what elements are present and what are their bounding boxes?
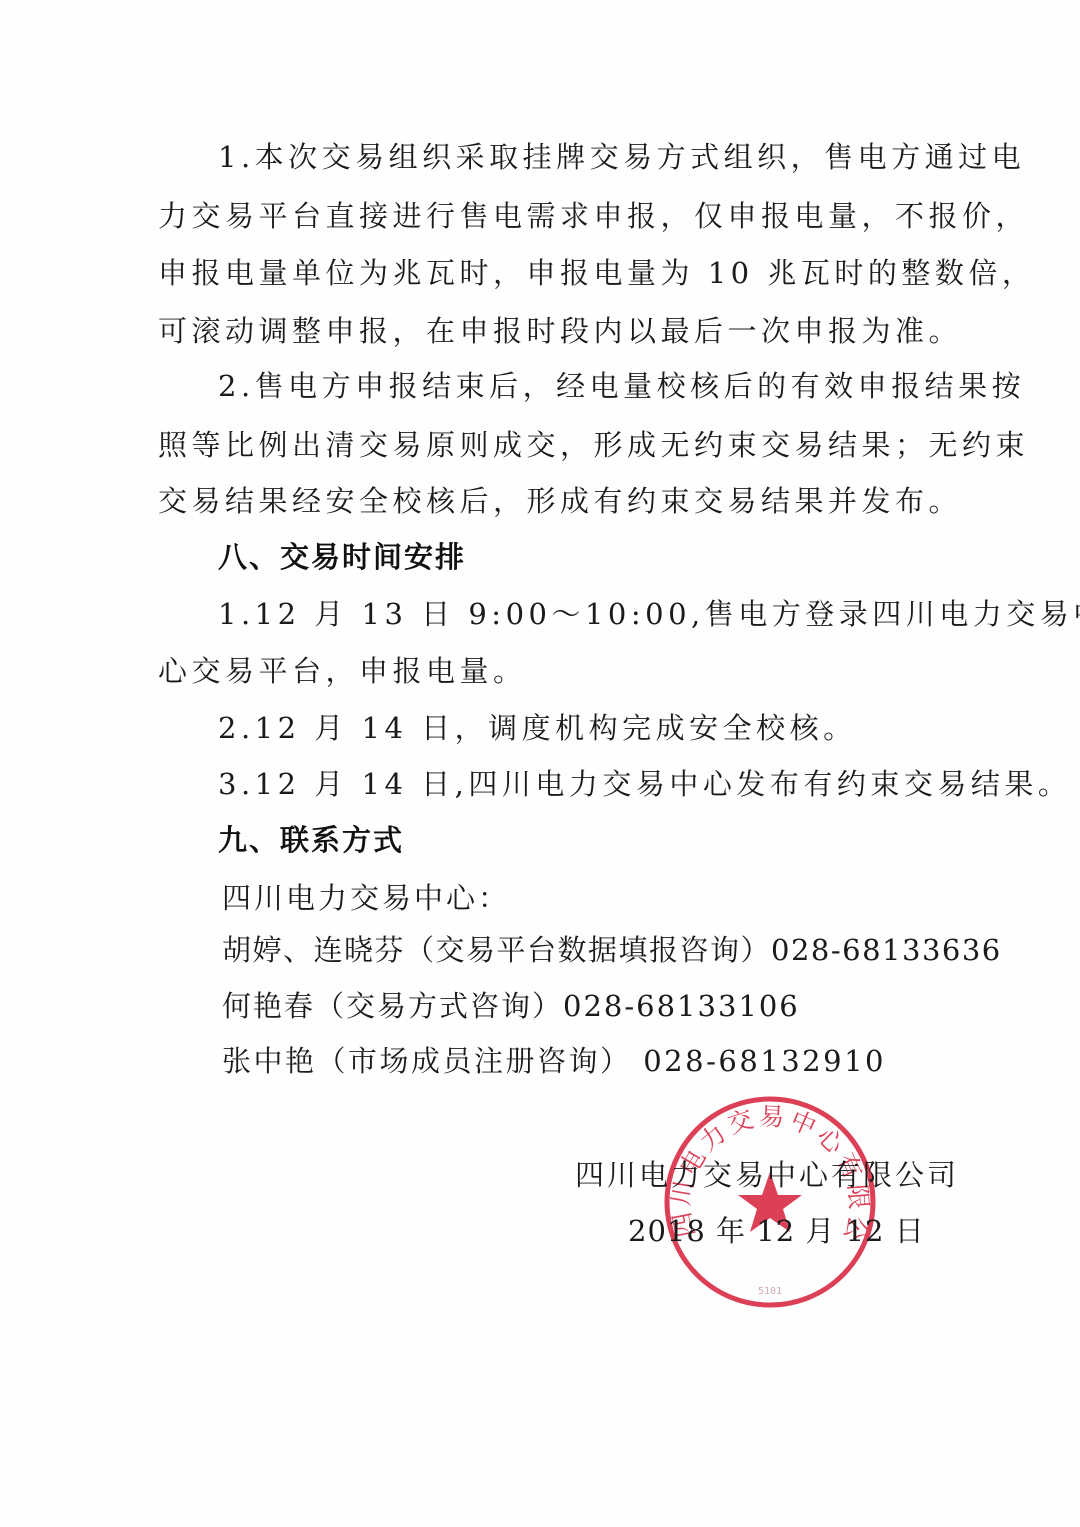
official-seal-icon: 四川电力交易中心有限公司 5101 xyxy=(662,1094,878,1310)
paragraph-line: 交易结果经安全校核后，形成有约束交易结果并发布。 xyxy=(158,481,962,521)
paragraph-line: 1.本次交易组织采取挂牌交易方式组织，售电方通过电 xyxy=(218,137,1025,177)
schedule-item: 1.12 月 13 日 9:00～10:00,售电方登录四川电力交易中 xyxy=(218,594,1080,634)
signature-organization: 四川电力交易中心有限公司 xyxy=(575,1155,959,1195)
paragraph-line: 力交易平台直接进行售电需求申报，仅申报电量，不报价， xyxy=(158,196,1029,236)
schedule-item: 2.12 月 14 日，调度机构完成安全校核。 xyxy=(218,708,857,748)
paragraph-line: 2.售电方申报结束后，经电量校核后的有效申报结果按 xyxy=(218,366,1025,406)
schedule-item: 3.12 月 14 日,四川电力交易中心发布有约束交易结果。 xyxy=(218,764,1071,804)
section-heading-contact: 九、联系方式 xyxy=(218,820,404,860)
document-page: 1.本次交易组织采取挂牌交易方式组织，售电方通过电 力交易平台直接进行售电需求申… xyxy=(0,0,1080,1527)
svg-text:5101: 5101 xyxy=(758,1286,782,1297)
contact-line: 胡婷、连晓芬（交易平台数据填报咨询）028-68133636 xyxy=(222,930,1002,970)
section-heading-schedule: 八、交易时间安排 xyxy=(218,537,466,577)
paragraph-line: 申报电量单位为兆瓦时，申报电量为 10 兆瓦时的整数倍， xyxy=(158,253,1035,293)
contact-line: 张中艳（市场成员注册咨询） 028-68132910 xyxy=(222,1041,886,1081)
paragraph-line: 照等比例出清交易原则成交，形成无约束交易结果；无约束 xyxy=(158,425,1029,465)
contact-org-label: 四川电力交易中心： xyxy=(222,878,510,918)
contact-line: 何艳春（交易方式咨询）028-68133106 xyxy=(222,986,800,1026)
signature-date: 2018 年 12 月 12 日 xyxy=(628,1211,925,1251)
paragraph-line: 可滚动调整申报，在申报时段内以最后一次申报为准。 xyxy=(158,311,962,351)
schedule-item: 心交易平台，申报电量。 xyxy=(158,651,527,691)
